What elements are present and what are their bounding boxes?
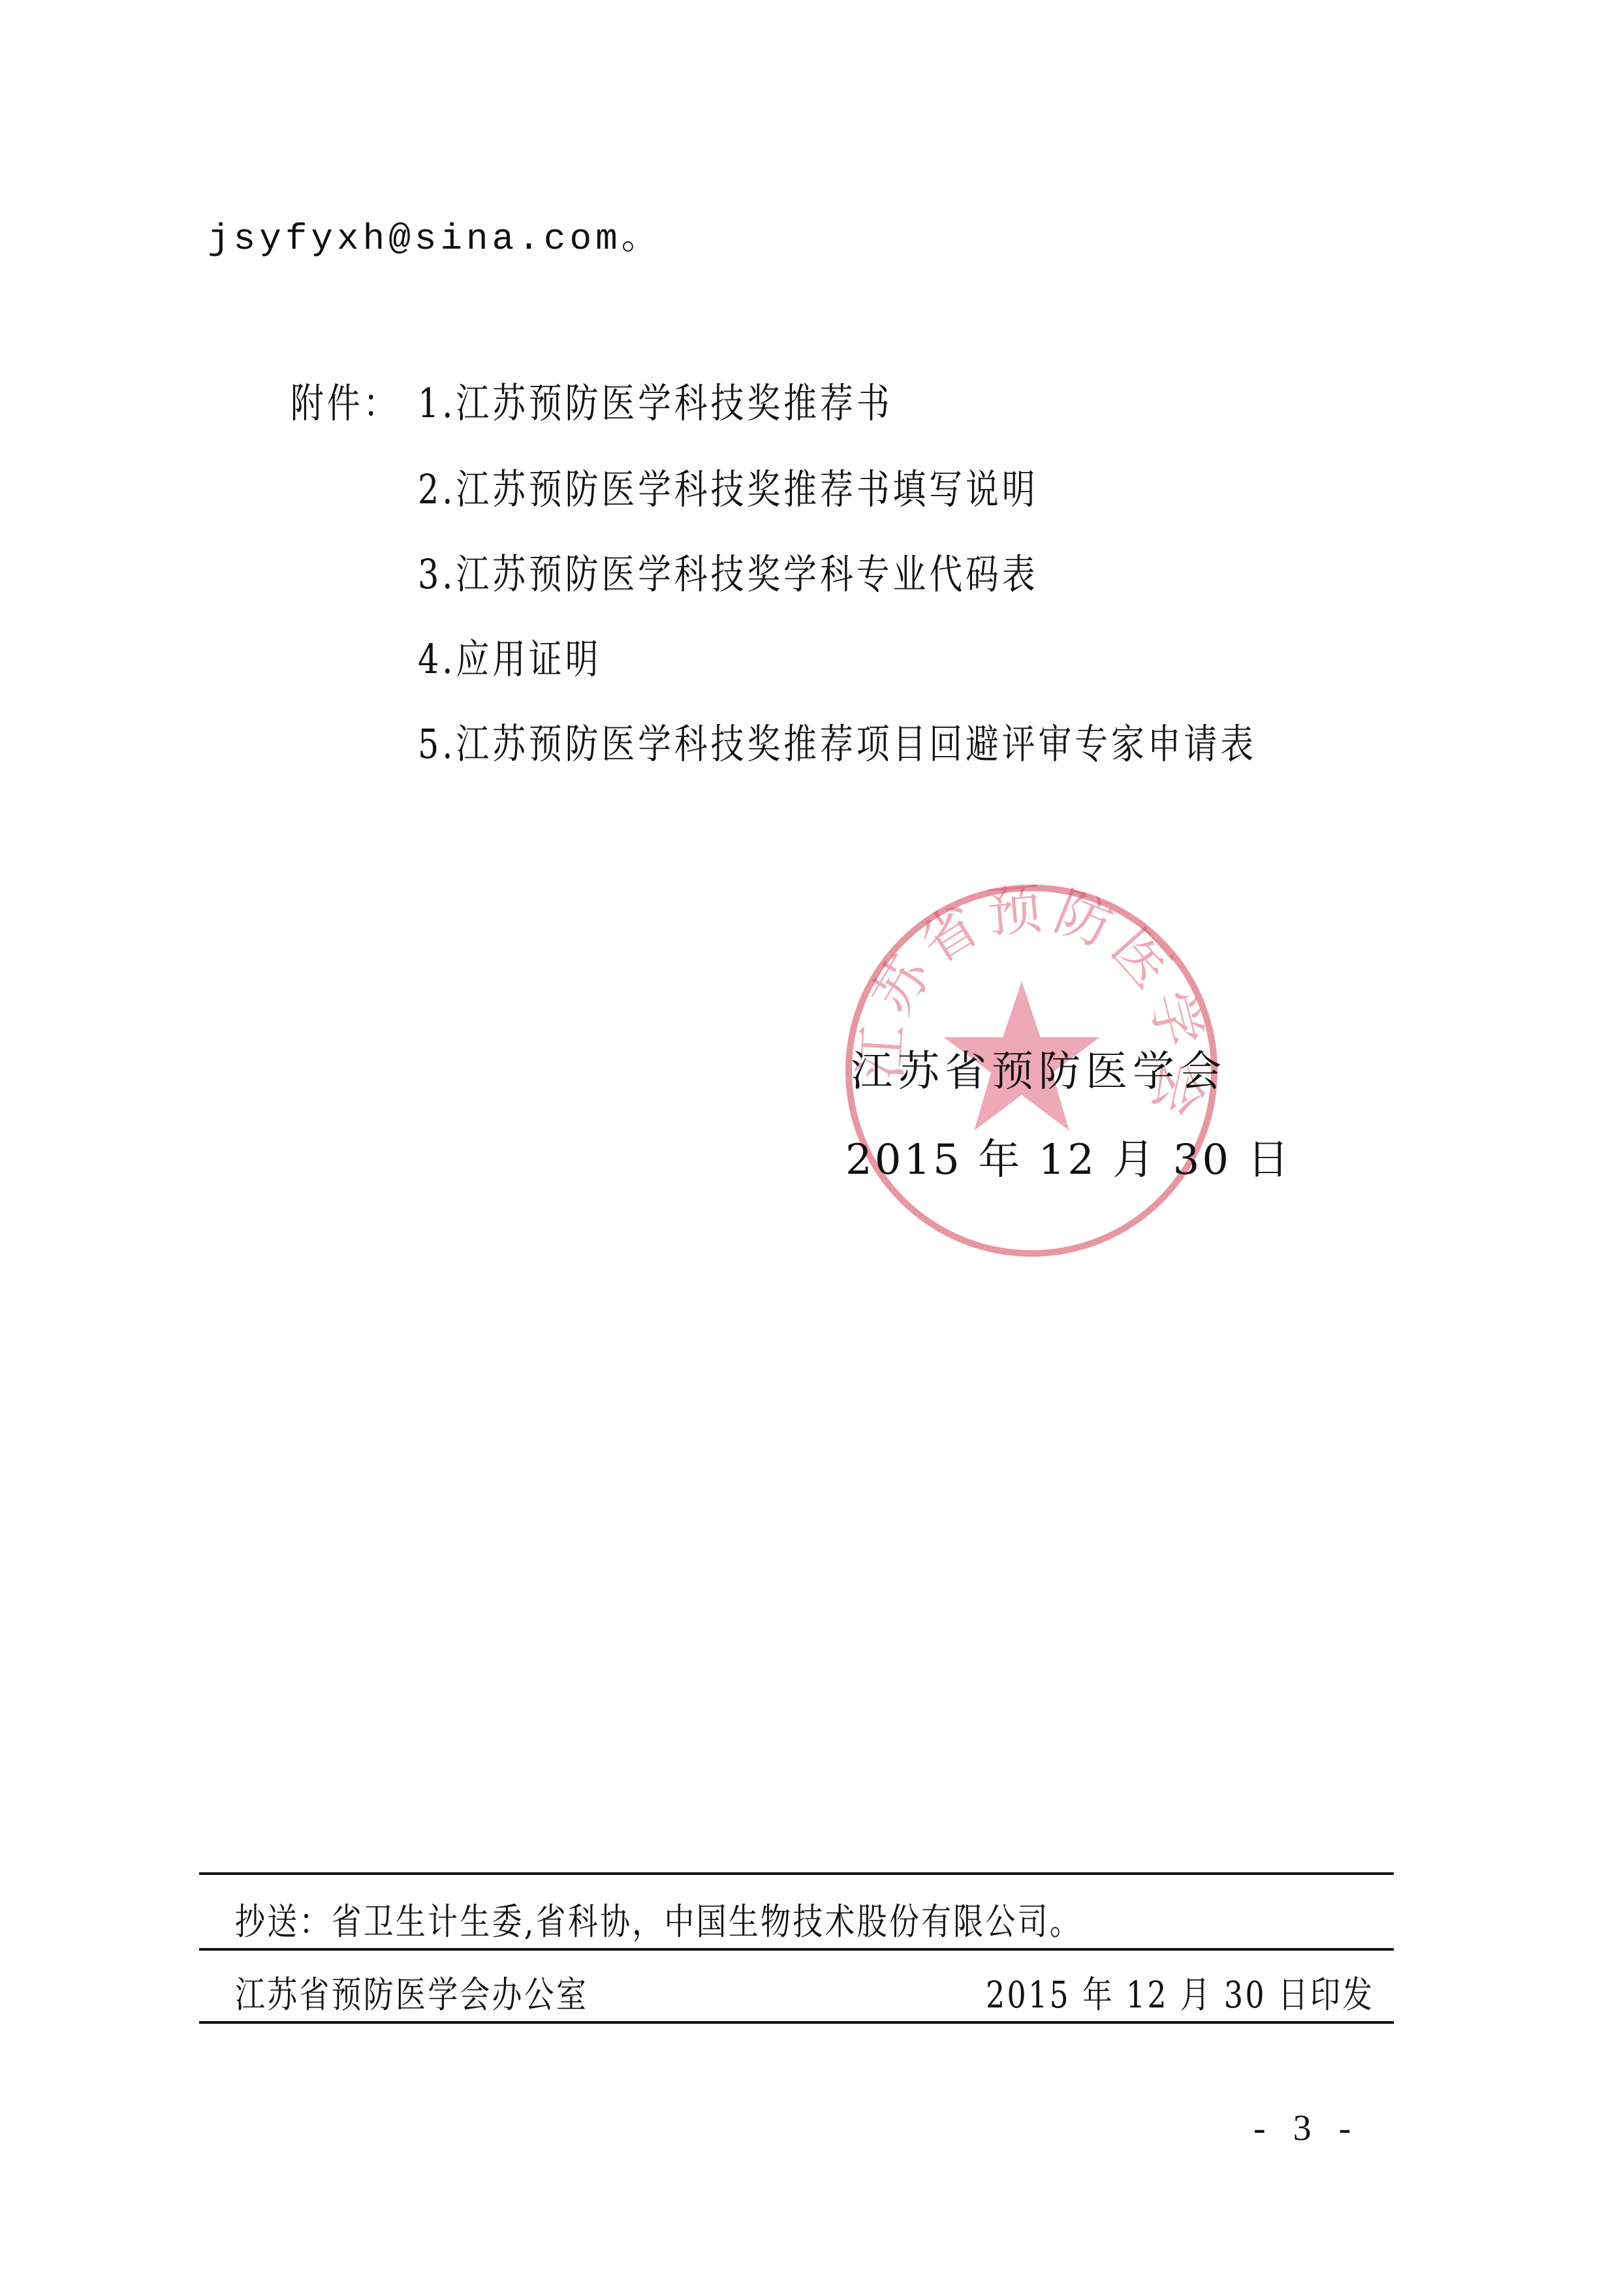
footer-divider-middle <box>199 1948 1394 1951</box>
attachment-item: 3.江苏预防医学科技奖学科专业代码表 <box>418 542 1039 600</box>
attachments-label: 附件： <box>291 371 400 429</box>
issuing-office: 江苏省预防医学会办公室 <box>235 1966 588 2019</box>
footer-divider-bottom <box>199 2021 1394 2024</box>
footer-divider-top <box>199 1872 1394 1875</box>
issue-date: 2015 年 12 月 30 日印发 <box>986 1966 1374 2019</box>
attachment-item: 2.江苏预防医学科技奖推荐书填写说明 <box>418 457 1039 515</box>
signature-date: 2015 年 12 月 30 日 <box>845 1126 1291 1186</box>
attachment-item: 4.应用证明 <box>418 627 601 685</box>
attachment-item: 5.江苏预防医学科技奖推荐项目回避评审专家申请表 <box>418 712 1257 770</box>
attachment-item: 1.江苏预防医学科技奖推荐书 <box>418 371 892 429</box>
page-number: - 3 - <box>1253 2107 1360 2149</box>
signature-organization: 江苏省预防医学会 <box>851 1038 1227 1098</box>
cc-recipients: 抄送：省卫生计生委,省科协，中国生物技术股份有限公司。 <box>235 1893 1082 1945</box>
email-contact: jsyfyxh@sina.com。 <box>208 208 662 260</box>
